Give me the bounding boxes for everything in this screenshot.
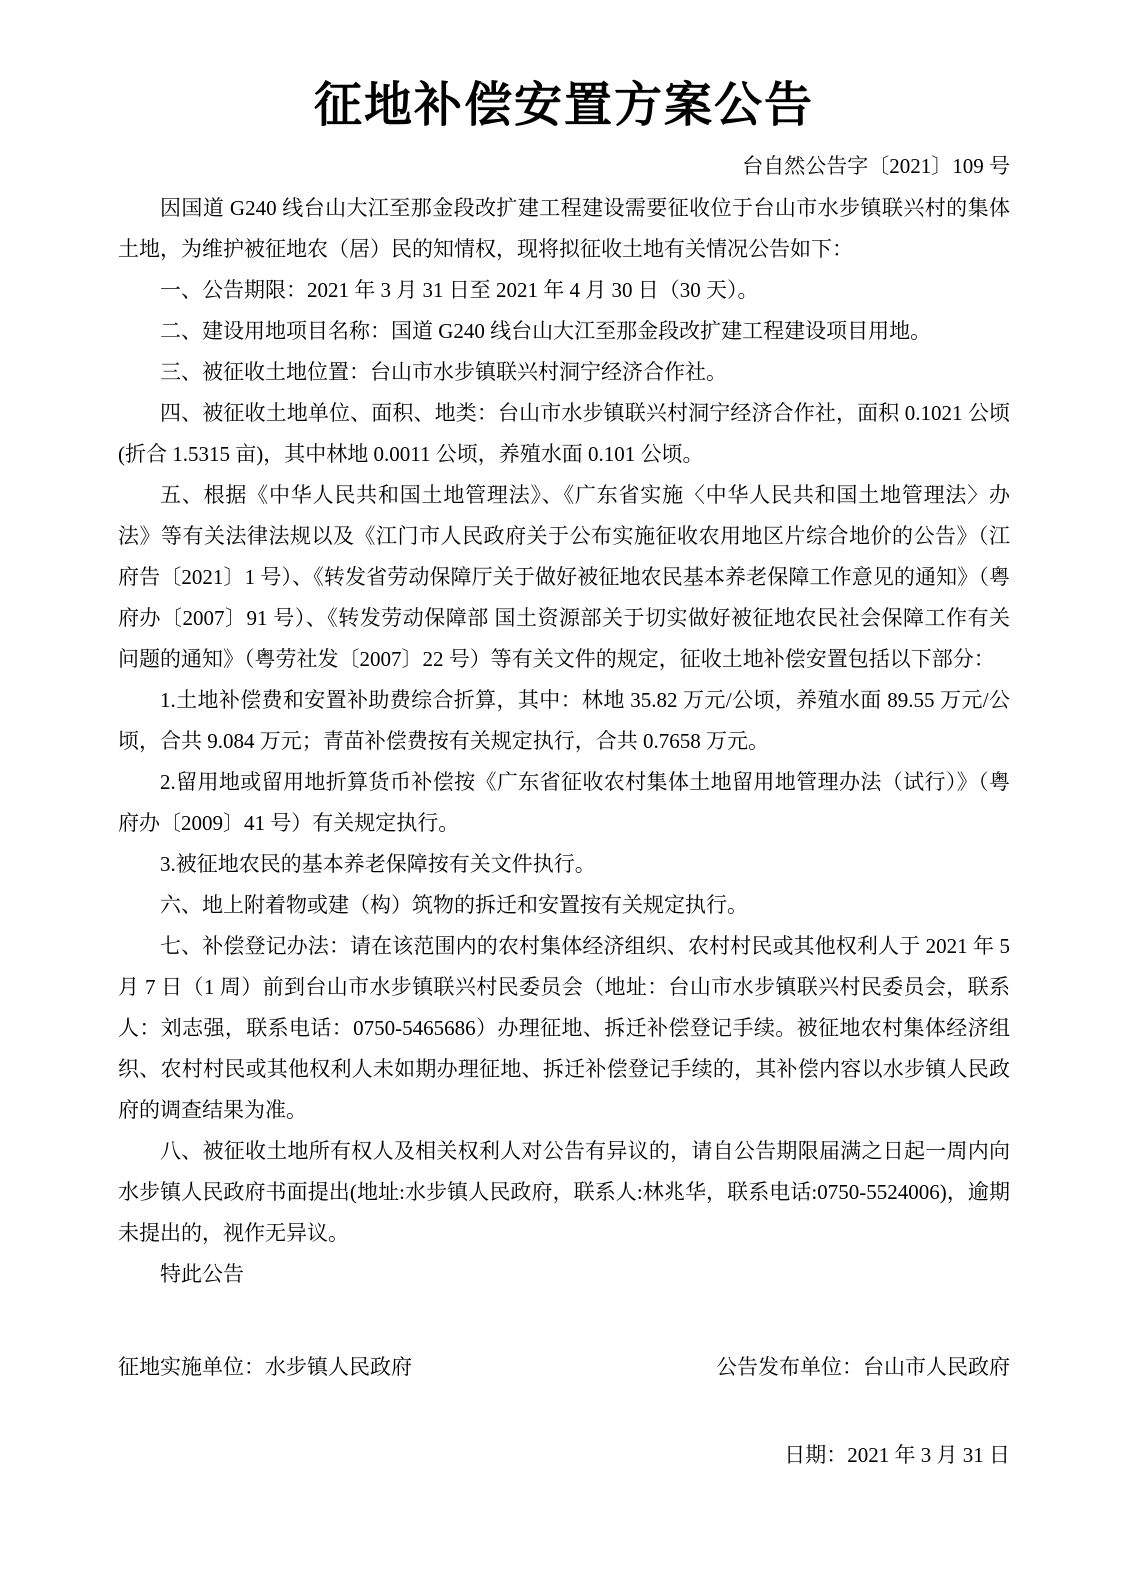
issuing-unit: 公告发布单位：台山市人民政府	[716, 1347, 1010, 1387]
implementing-unit: 征地实施单位：水步镇人民政府	[118, 1347, 412, 1387]
paragraph-closing: 特此公告	[118, 1254, 1010, 1295]
paragraph-subitem-5-1: 1.土地补偿费和安置补助费综合折算，其中：林地 35.82 万元/公顷，养殖水面…	[118, 680, 1010, 762]
document-number: 台自然公告字〔2021〕109 号	[118, 146, 1010, 186]
document-date: 日期：2021 年 3 月 31 日	[118, 1435, 1010, 1475]
paragraph-item-6: 六、地上附着物或建（构）筑物的拆迁和安置按有关规定执行。	[118, 885, 1010, 926]
document-body: 因国道 G240 线台山大江至那金段改扩建工程建设需要征收位于台山市水步镇联兴村…	[118, 188, 1010, 1295]
paragraph-subitem-5-3: 3.被征地农民的基本养老保障按有关文件执行。	[118, 844, 1010, 885]
paragraph-item-4: 四、被征收土地单位、面积、地类：台山市水步镇联兴村洞宁经济合作社，面积 0.10…	[118, 393, 1010, 475]
paragraph-item-1: 一、公告期限：2021 年 3 月 31 日至 2021 年 4 月 30 日（…	[118, 270, 1010, 311]
paragraph-item-7: 七、补偿登记办法：请在该范围内的农村集体经济组织、农村村民或其他权利人于 202…	[118, 926, 1010, 1131]
paragraph-item-8: 八、被征收土地所有权人及相关权利人对公告有异议的，请自公告期限届满之日起一周内向…	[118, 1131, 1010, 1254]
paragraph-item-3: 三、被征收土地位置：台山市水步镇联兴村洞宁经济合作社。	[118, 352, 1010, 393]
announcement-document: 征地补偿安置方案公告 台自然公告字〔2021〕109 号 因国道 G240 线台…	[0, 0, 1122, 1587]
page-title: 征地补偿安置方案公告	[118, 70, 1010, 142]
paragraph-subitem-5-2: 2.留用地或留用地折算货币补偿按《广东省征收农村集体土地留用地管理办法（试行）》…	[118, 762, 1010, 844]
paragraph-intro: 因国道 G240 线台山大江至那金段改扩建工程建设需要征收位于台山市水步镇联兴村…	[118, 188, 1010, 270]
paragraph-item-2: 二、建设用地项目名称：国道 G240 线台山大江至那金段改扩建工程建设项目用地。	[118, 311, 1010, 352]
paragraph-item-5: 五、根据《中华人民共和国土地管理法》、《广东省实施〈中华人民共和国土地管理法〉办…	[118, 475, 1010, 680]
footer-units: 征地实施单位：水步镇人民政府 公告发布单位：台山市人民政府	[118, 1347, 1010, 1387]
